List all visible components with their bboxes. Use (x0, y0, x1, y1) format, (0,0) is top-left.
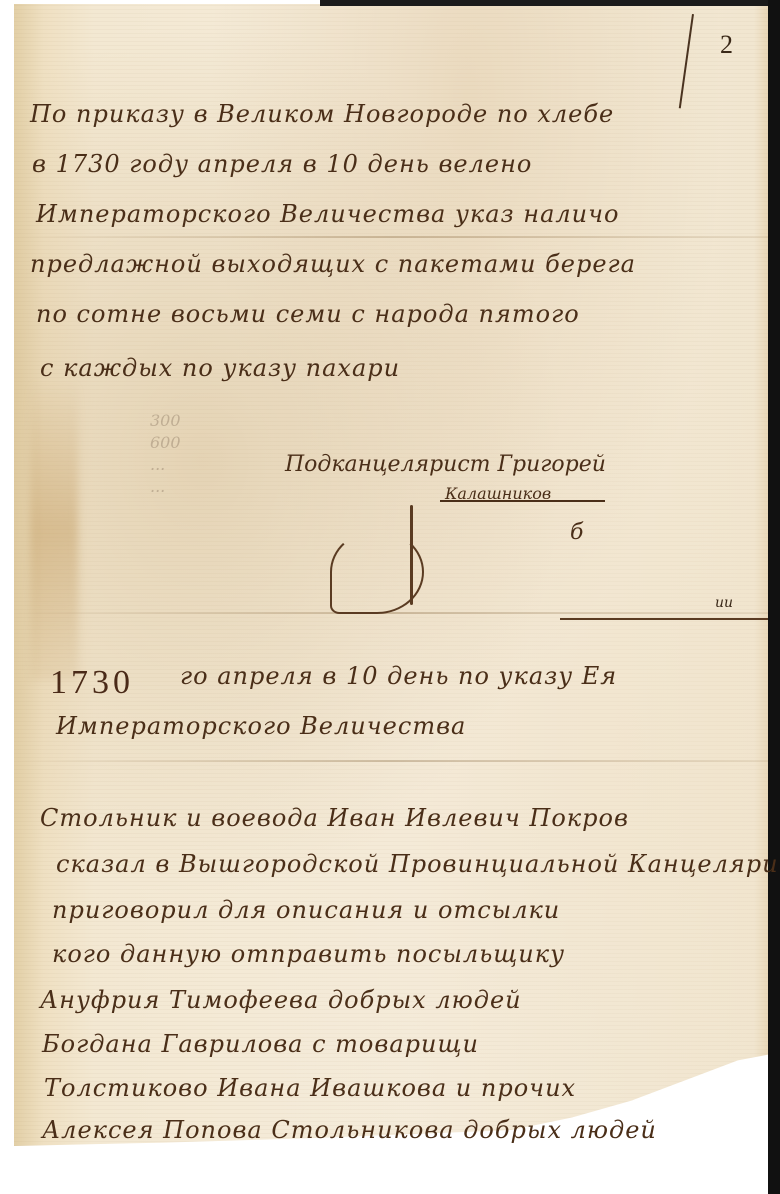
text-line: предлажной выходящих с пакетами берега (30, 250, 636, 278)
text-line: Толстиково Ивана Ивашкова и прочих (44, 1074, 576, 1102)
water-stain (30, 380, 78, 680)
heading-line: го апреля в 10 день по указу Ея (180, 662, 617, 690)
paper-fold (14, 612, 768, 614)
heading-line: Императорского Величества (56, 712, 466, 740)
text-line: Ануфрия Тимофеева добрых людей (40, 986, 522, 1014)
margin-note: ии (715, 595, 733, 611)
text-line: с каждых по указу пахари (40, 354, 400, 382)
margin-rule (560, 618, 768, 620)
text-line: по сотне восьми семи с народа пятого (36, 300, 580, 328)
signature-mark: б (570, 520, 583, 545)
text-line: Императорского Величества указ наличо (36, 200, 620, 228)
text-line: По приказу в Великом Новгороде по хлебе (30, 100, 614, 128)
text-line: Стольник и воевода Иван Ивлевич Покров (40, 804, 629, 832)
folio-number: 2 (720, 30, 733, 60)
text-line: в 1730 году апреля в 10 день велено (32, 150, 532, 178)
text-line: кого данную отправить посыльщику (52, 940, 565, 968)
signature-underline (440, 500, 605, 502)
scan-border-top (320, 0, 780, 6)
year: 1730 (50, 664, 134, 702)
faint-bleedthrough-notes: 300 600 ... ... (150, 410, 181, 498)
text-line: сказал в Вышгородской Провинциальной Кан… (56, 850, 780, 878)
paper-fold (14, 236, 768, 238)
text-line: Алексея Попова Стольникова добрых людей (42, 1116, 657, 1144)
signature-flourish-stem (410, 505, 413, 605)
paper-fold (14, 760, 768, 762)
text-line: приговорил для описания и отсылки (52, 896, 560, 924)
signature-title: Подканцелярист Григорей (285, 452, 606, 477)
text-line: Богдана Гаврилова с товарищи (42, 1030, 479, 1058)
scan-border-right (768, 0, 780, 1194)
